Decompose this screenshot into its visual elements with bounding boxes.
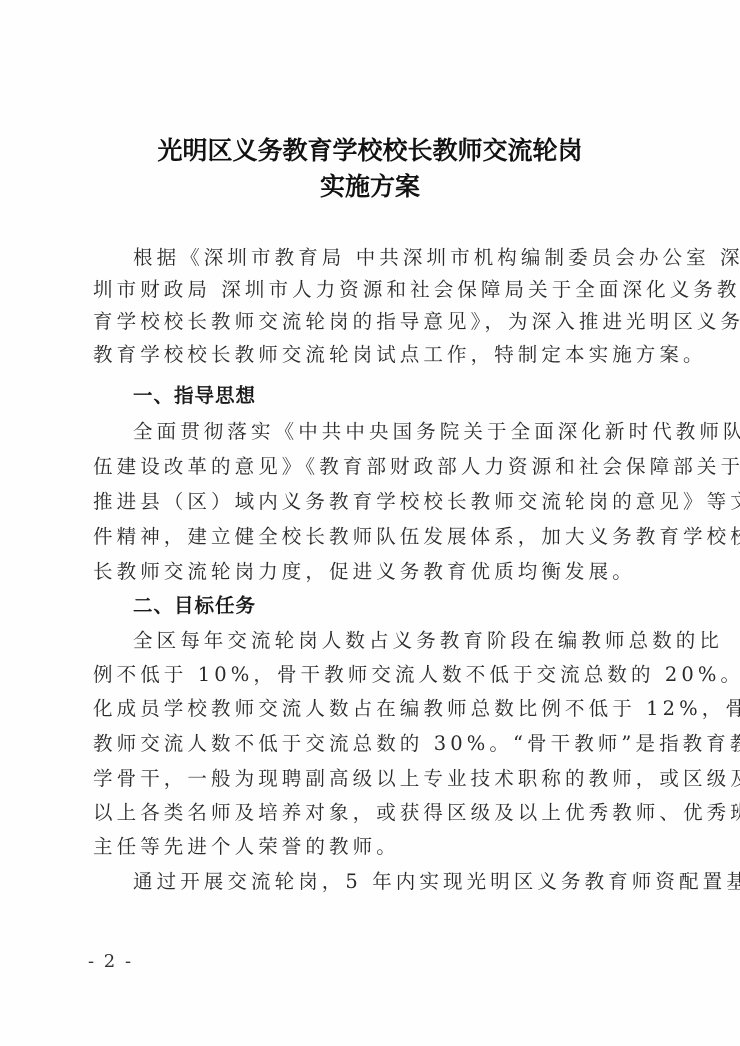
document-title-line-1: 光明区义务教育学校校长教师交流轮岗 bbox=[0, 134, 740, 168]
document-title-line-2: 实施方案 bbox=[0, 170, 740, 204]
body-line: 主任等先进个人荣誉的教师。 bbox=[93, 832, 653, 862]
intro-line: 育学校校长教师交流轮岗的指导意见》，为深入推进光明区义务 bbox=[93, 307, 653, 337]
section-heading-guiding-ideology: 一、指导思想 bbox=[133, 381, 256, 411]
body-line: 通过开展交流轮岗，5 年内实现光明区义务教育师资配置基 bbox=[133, 867, 693, 897]
document-page: 光明区义务教育学校校长教师交流轮岗 实施方案 根据《深圳市教育局 中共深圳市机构… bbox=[0, 0, 740, 1046]
page-number: - 2 - bbox=[88, 950, 133, 974]
body-line: 推进县（区）域内义务教育学校校长教师交流轮岗的意见》等文 bbox=[93, 487, 653, 517]
body-line: 件精神，建立健全校长教师队伍发展体系，加大义务教育学校校 bbox=[93, 522, 653, 552]
intro-line: 教育学校校长教师交流轮岗试点工作，特制定本实施方案。 bbox=[93, 340, 653, 370]
intro-line: 圳市财政局 深圳市人力资源和社会保障局关于全面深化义务教 bbox=[93, 275, 653, 305]
body-line: 以上各类名师及培养对象，或获得区级及以上优秀教师、优秀班 bbox=[93, 798, 653, 828]
intro-line: 根据《深圳市教育局 中共深圳市机构编制委员会办公室 深 bbox=[133, 243, 693, 273]
body-line: 化成员学校教师交流人数占在编教师总数比例不低于 12%，骨干 bbox=[93, 694, 653, 724]
body-line: 例不低于 10%，骨干教师交流人数不低于交流总数的 20%。集团 bbox=[93, 660, 653, 690]
body-line: 教师交流人数不低于交流总数的 30%。“骨干教师”是指教育教 bbox=[93, 729, 653, 759]
body-line: 长教师交流轮岗力度，促进义务教育优质均衡发展。 bbox=[93, 557, 653, 587]
section-heading-goals-tasks: 二、目标任务 bbox=[133, 591, 256, 621]
body-line: 全区每年交流轮岗人数占义务教育阶段在编教师总数的比 bbox=[133, 626, 693, 656]
body-line: 全面贯彻落实《中共中央国务院关于全面深化新时代教师队 bbox=[133, 417, 693, 447]
body-line: 伍建设改革的意见》《教育部财政部人力资源和社会保障部关于 bbox=[93, 452, 653, 482]
body-line: 学骨干，一般为现聘副高级以上专业技术职称的教师，或区级及 bbox=[93, 764, 653, 794]
